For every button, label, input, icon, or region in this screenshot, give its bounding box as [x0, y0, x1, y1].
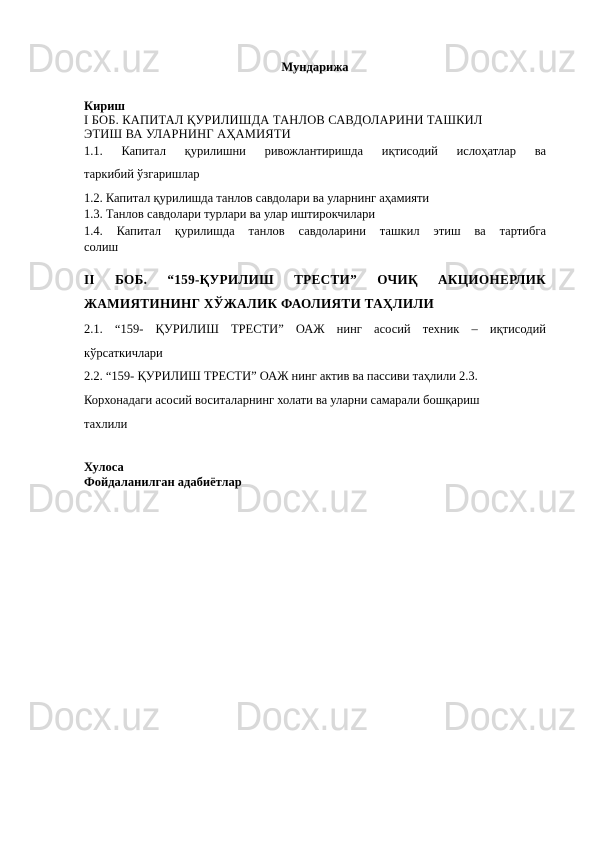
toc-item-1-1: 1.1. Капитал қурилишни ривожлантиришда и… [84, 144, 546, 158]
watermark-text: Docx.uz [235, 478, 368, 519]
toc-item-1-1-cont: таркибий ўзгаришлар [84, 167, 200, 181]
toc-item-1-4-cont: солиш [84, 240, 118, 254]
toc-item-1-2: 1.2. Капитал қурилишда танлов савдолари … [84, 191, 429, 205]
toc-item-2-3: Корхонадаги асосий воситаларнинг холати … [84, 393, 480, 407]
watermark-text: Docx.uz [443, 478, 576, 519]
toc-item-2-2: 2.2. “159- ҚУРИЛИШ ТРЕСТИ” ОАЖ нинг акти… [84, 369, 478, 383]
toc-conclusion: Хулоса [84, 460, 124, 474]
page-title: Мундарижа [0, 60, 595, 74]
toc-item-2-1-cont: кўрсаткичлари [84, 346, 163, 360]
toc-chapter1-heading-line2: ЭТИШ ВА УЛАРНИНГ АҲАМИЯТИ [84, 127, 291, 141]
toc-references: Фойдаланилган адабиётлар [84, 475, 242, 489]
document-page: Docx.uz Docx.uz Docx.uz Docx.uz Docx.uz … [0, 0, 595, 842]
watermark-text: Docx.uz [443, 696, 576, 737]
toc-chapter1-heading-line1: I БОБ. КАПИТАЛ ҚУРИЛИШДА ТАНЛОВ САВДОЛАР… [84, 113, 483, 127]
toc-item-2-1: 2.1. “159- ҚУРИЛИШ ТРЕСТИ” ОАЖ нинг асос… [84, 322, 546, 336]
toc-item-2-3-cont: тахлили [84, 417, 127, 431]
toc-chapter2-heading-line2: ЖАМИЯТИНИНГ ХЎЖАЛИК ФАОЛИЯТИ ТАҲЛИЛИ [84, 297, 434, 311]
toc-intro: Кириш [84, 99, 125, 113]
toc-item-1-3: 1.3. Танлов савдолари турлари ва улар иш… [84, 207, 375, 221]
toc-chapter2-heading-line1: II БОБ. “159-ҚУРИЛИШ ТРЕСТИ” ОЧИҚ АКЦИОН… [84, 273, 546, 287]
watermark-text: Docx.uz [235, 696, 368, 737]
watermark-text: Docx.uz [27, 696, 160, 737]
toc-item-1-4: 1.4. Капитал қурилишда танлов савдоларин… [84, 224, 546, 238]
